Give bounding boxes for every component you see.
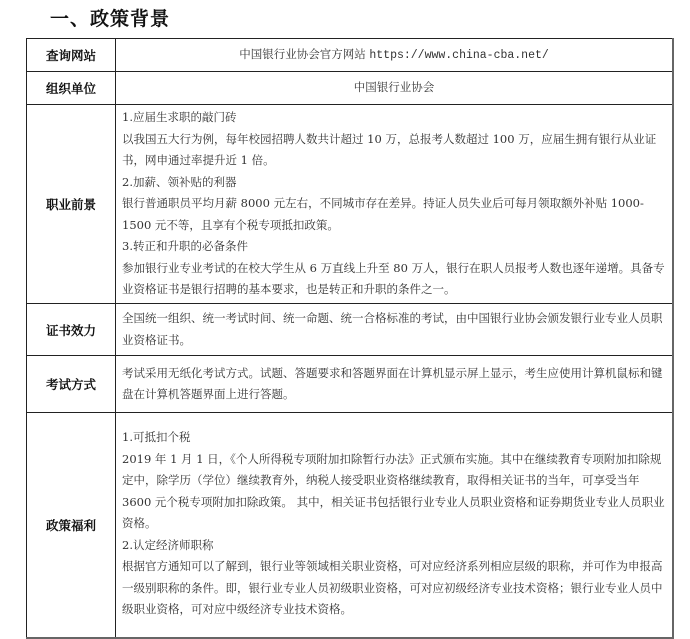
row-label-validity: 证书效力 bbox=[27, 304, 116, 356]
benefit-body-2: 根据官方通知可以了解到，银行业等领域相关职业资格，可对应经济系列相应层级的职称，… bbox=[122, 556, 666, 621]
policy-background-table: 查询网站 中国银行业协会官方网站 https://www.china-cba.n… bbox=[26, 38, 674, 639]
prospect-title-1: 1.应届生求职的敲门砖 bbox=[122, 107, 666, 129]
benefit-body-1: 2019 年 1 月 1 日，《个人所得税专项附加扣除暂行办法》正式颁布实施。其… bbox=[122, 449, 666, 535]
table-row-organizer: 组织单位 中国银行业协会 bbox=[27, 72, 674, 105]
table-row-validity: 证书效力 全国统一组织、统一考试时间、统一命题、统一合格标准的考试，由中国银行业… bbox=[27, 304, 674, 356]
row-value-organizer: 中国银行业协会 bbox=[116, 72, 674, 105]
row-value-exam-method: 考试采用无纸化考试方式。试题、答题要求和答题界面在计算机显示屏上显示，考生应使用… bbox=[116, 356, 674, 413]
row-label-prospects: 职业前景 bbox=[27, 105, 116, 304]
row-label-organizer: 组织单位 bbox=[27, 72, 116, 105]
prospect-body-2: 银行普通职员平均月薪 8000 元左右，不同城市存在差异。持证人员失业后可每月领… bbox=[122, 193, 666, 236]
row-value-website: 中国银行业协会官方网站 https://www.china-cba.net/ bbox=[116, 39, 674, 72]
section-heading: 一、政策背景 bbox=[50, 4, 170, 31]
prospect-title-3: 3.转正和升职的必备条件 bbox=[122, 236, 666, 258]
prospect-title-2: 2.加薪、领补贴的利器 bbox=[122, 172, 666, 194]
prospect-body-1: 以我国五大行为例，每年校园招聘人数共计超过 10 万，总报考人数超过 100 万… bbox=[122, 129, 666, 172]
row-label-benefits: 政策福利 bbox=[27, 413, 116, 638]
prospect-body-3: 参加银行业专业考试的在校大学生从 6 万直线上升至 80 万人，银行在职人员报考… bbox=[122, 258, 666, 301]
website-url-link[interactable]: https://www.china-cba.net/ bbox=[369, 49, 548, 62]
website-name: 中国银行业协会官方网站 bbox=[239, 47, 369, 61]
table-row-benefits: 政策福利 1.可抵扣个税 2019 年 1 月 1 日，《个人所得税专项附加扣除… bbox=[27, 413, 674, 638]
table-row-website: 查询网站 中国银行业协会官方网站 https://www.china-cba.n… bbox=[27, 39, 674, 72]
row-value-validity: 全国统一组织、统一考试时间、统一命题、统一合格标准的考试，由中国银行业协会颁发银… bbox=[116, 304, 674, 356]
row-label-website: 查询网站 bbox=[27, 39, 116, 72]
row-label-exam-method: 考试方式 bbox=[27, 356, 116, 413]
table-row-prospects: 职业前景 1.应届生求职的敲门砖 以我国五大行为例，每年校园招聘人数共计超过 1… bbox=[27, 105, 674, 304]
row-value-prospects: 1.应届生求职的敲门砖 以我国五大行为例，每年校园招聘人数共计超过 10 万，总… bbox=[116, 105, 674, 304]
table-row-exam-method: 考试方式 考试采用无纸化考试方式。试题、答题要求和答题界面在计算机显示屏上显示，… bbox=[27, 356, 674, 413]
row-value-benefits: 1.可抵扣个税 2019 年 1 月 1 日，《个人所得税专项附加扣除暂行办法》… bbox=[116, 413, 674, 638]
benefit-title-2: 2.认定经济师职称 bbox=[122, 535, 666, 557]
benefit-title-1: 1.可抵扣个税 bbox=[122, 427, 666, 449]
